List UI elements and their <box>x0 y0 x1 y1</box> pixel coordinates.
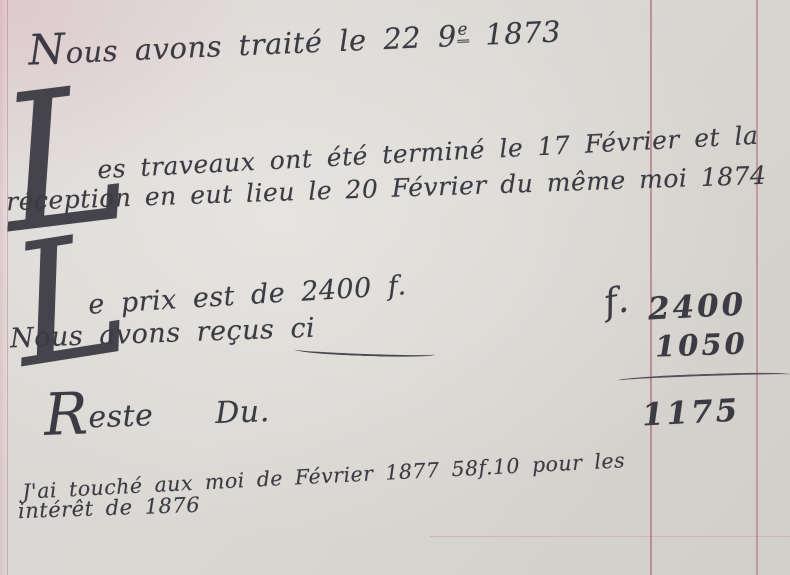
column-rule-line-1 <box>650 0 652 575</box>
sum-rule-stroke <box>618 371 790 384</box>
amount-balance: 1175 <box>641 395 741 431</box>
footnote-line-1: J'ai touché aux moi de Février 1877 58f.… <box>22 450 626 502</box>
balance-initial: R <box>43 379 90 449</box>
currency-symbol: f. <box>601 282 631 322</box>
amount-received: 1050 <box>655 329 749 361</box>
column-rule-line-2 <box>756 0 758 575</box>
ditto-underline-stroke <box>295 346 435 359</box>
balance-text: este Du. <box>88 394 271 435</box>
opening-year: 1873 <box>484 14 561 51</box>
manuscript-page: Nous avons traité le 22 9e1873 L es trav… <box>0 0 790 575</box>
balance-line: Reste Du. <box>43 378 270 444</box>
month-abbrev-superscript: e <box>456 18 469 43</box>
opening-text: ous avons traité le 22 9 <box>65 19 458 70</box>
footnote-line-2: intérêt de 1876 <box>18 495 201 522</box>
amount-price: 2400 <box>647 289 747 325</box>
faint-horizontal-rule <box>430 536 790 537</box>
price-line: e prix est de 2400 f. <box>87 272 407 318</box>
